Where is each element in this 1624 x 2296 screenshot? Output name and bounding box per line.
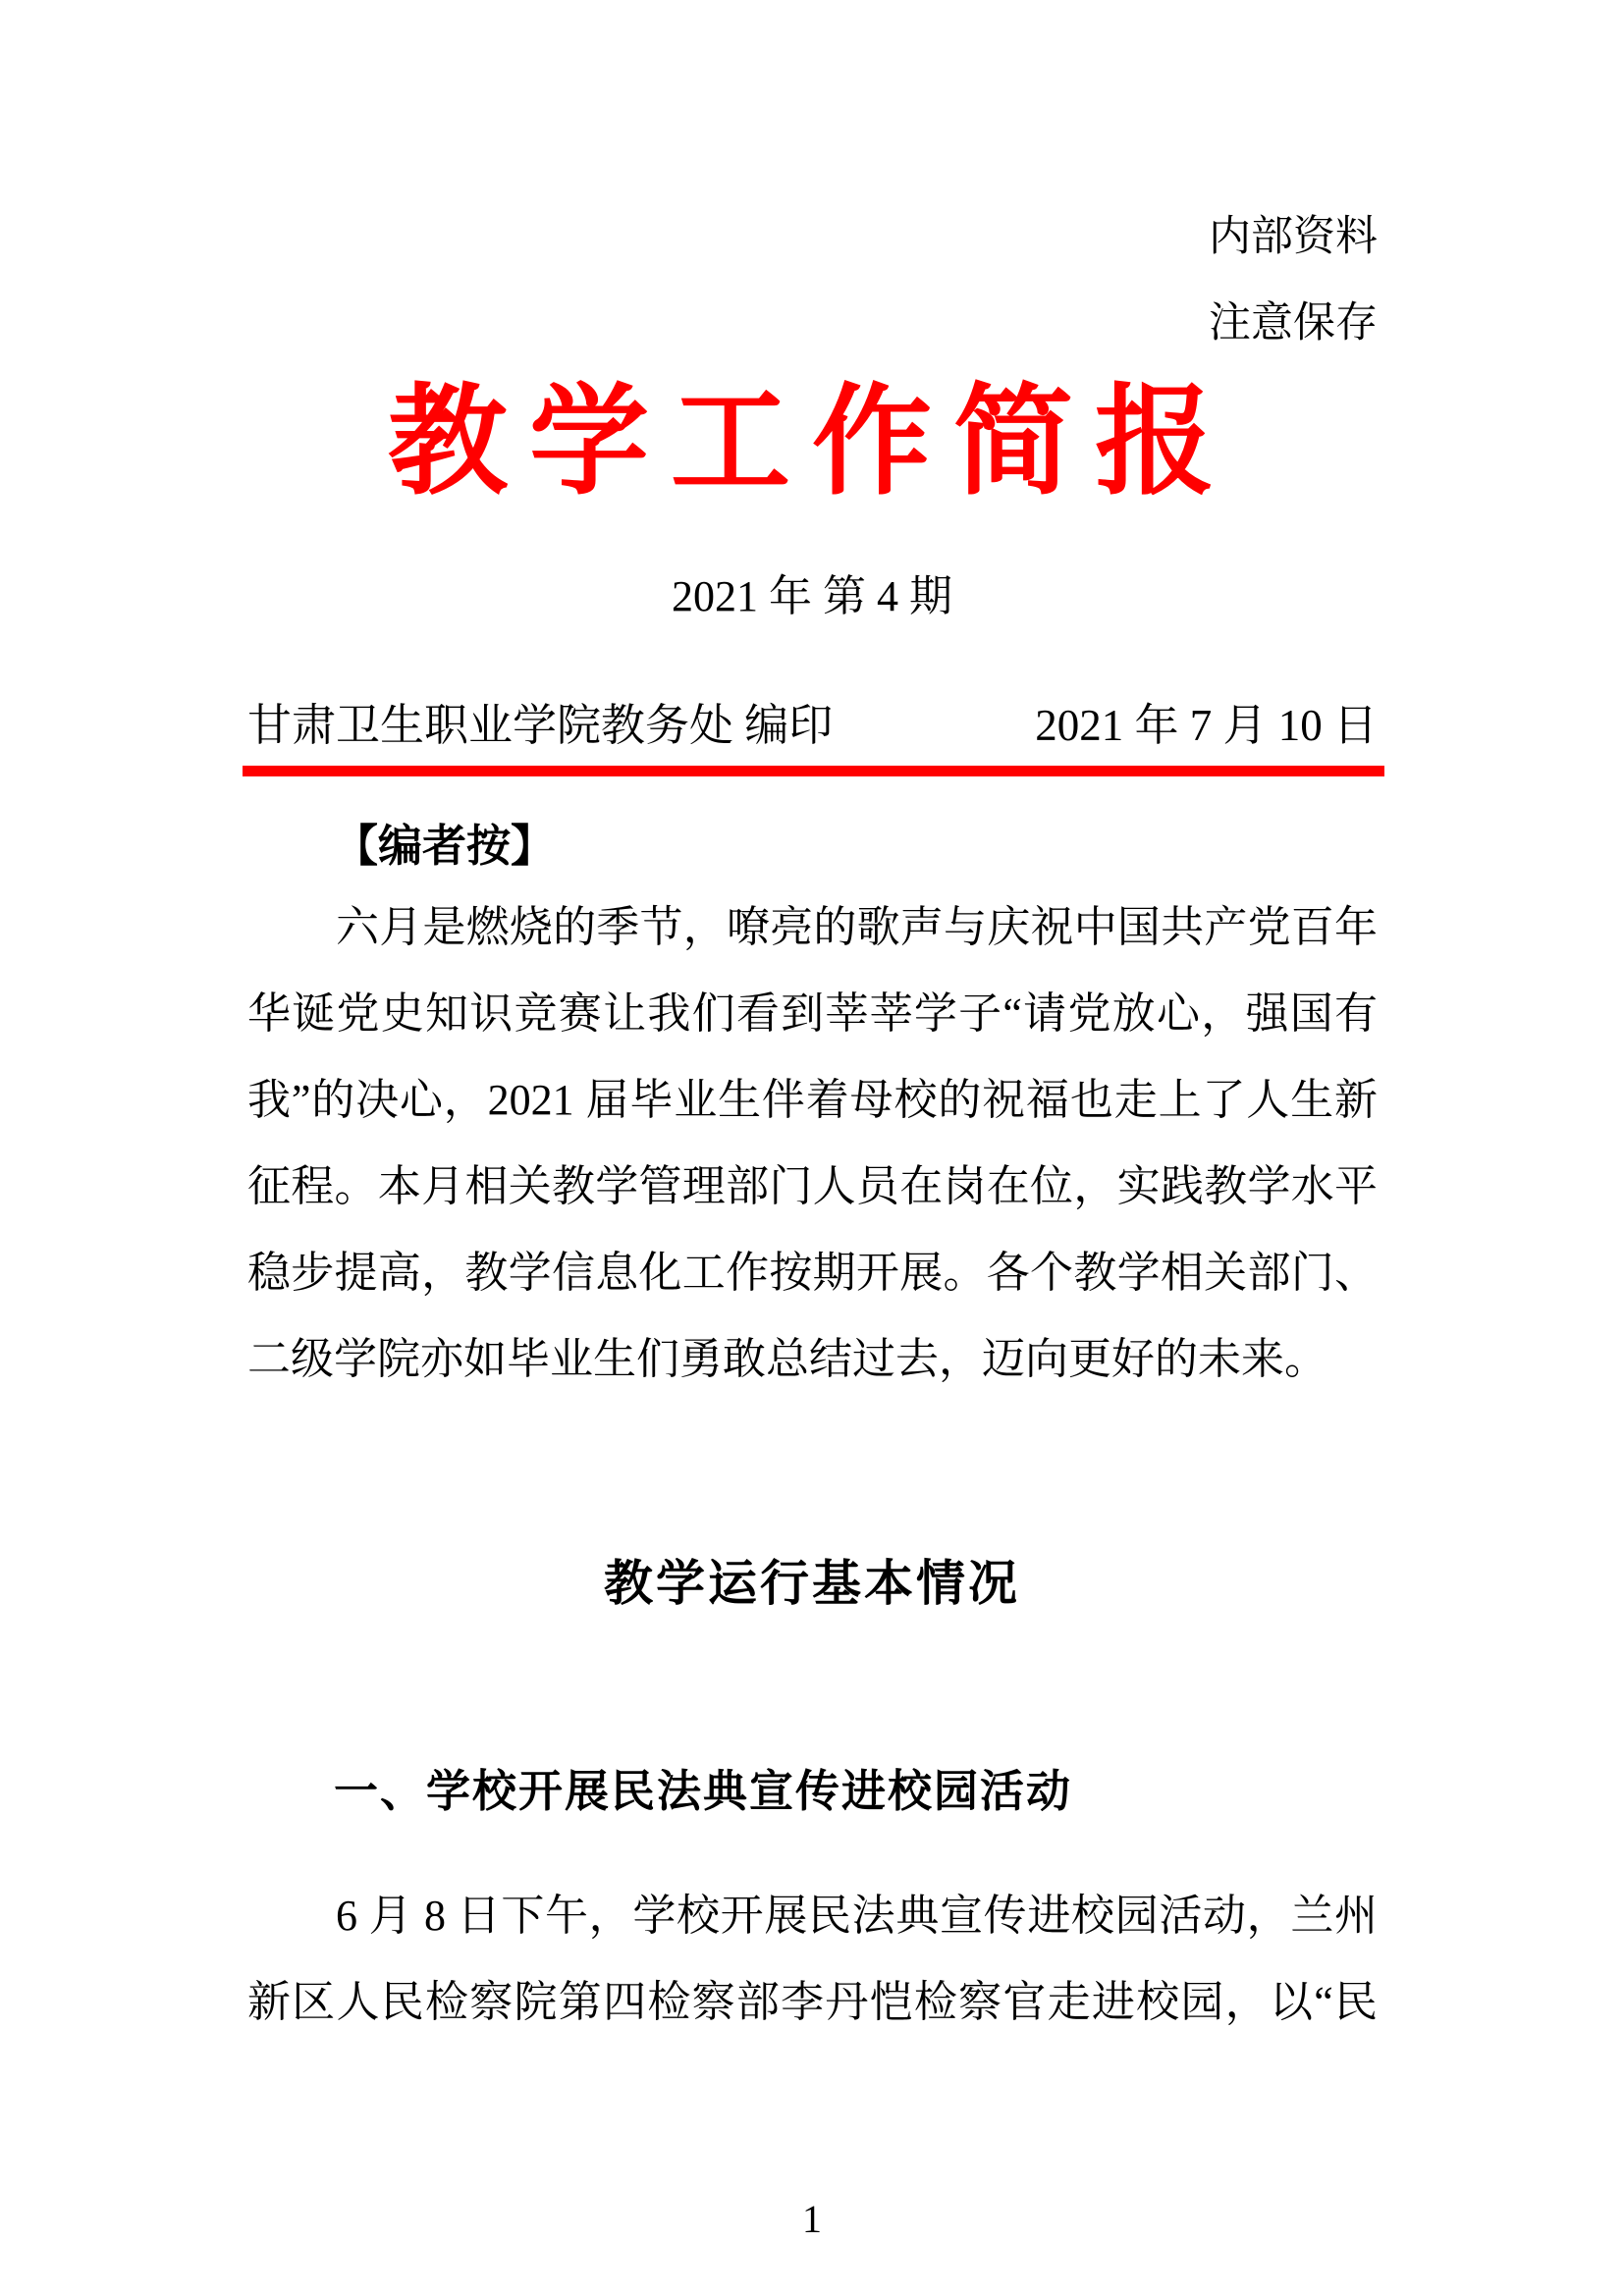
publish-date: 2021 年 7 月 10 日 <box>1035 699 1378 752</box>
masthead-row: 甘肃卫生职业学院教务处 编印 2021 年 7 月 10 日 <box>247 699 1378 752</box>
bulletin-page: 内部资料 注意保存 教学工作简报 2021 年 第 4 期 甘肃卫生职业学院教务… <box>0 0 1624 2296</box>
editor-note-paragraph: 六月是燃烧的季节，嘹亮的歌声与庆祝中国共产党百年 华诞党史知识竞赛让我们看到莘莘… <box>247 884 1378 1403</box>
subsection-paragraph: 6 月 8 日下午，学校开展民法典宣传进校园活动，兰州 新区人民检察院第四检察部… <box>247 1873 1378 2046</box>
paragraph-line: 稳步提高，教学信息化工作按期开展。各个教学相关部门、 <box>247 1230 1378 1316</box>
subsection-heading: 一、学校开展民法典宣传进校园活动 <box>334 1763 1072 1820</box>
editor-note-heading: 【编者按】 <box>334 819 555 874</box>
paragraph-line: 6 月 8 日下午，学校开展民法典宣传进校园活动，兰州 <box>247 1873 1378 1959</box>
paragraph-line: 征程。本月相关教学管理部门人员在岗在位，实践教学水平 <box>247 1144 1378 1230</box>
publisher-text: 甘肃卫生职业学院教务处 编印 <box>247 699 833 752</box>
page-number: 1 <box>0 2197 1624 2242</box>
paragraph-line: 我”的决心，2021 届毕业生伴着母校的祝福也走上了人生新 <box>247 1057 1378 1144</box>
corner-note: 内部资料 注意保存 <box>1209 194 1378 367</box>
paragraph-line: 六月是燃烧的季节，嘹亮的歌声与庆祝中国共产党百年 <box>247 884 1378 971</box>
bulletin-title: 教学工作简报 <box>0 371 1624 516</box>
paragraph-line: 二级学院亦如毕业生们勇敢总结过去，迈向更好的未来。 <box>247 1316 1378 1403</box>
paragraph-line: 华诞党史知识竞赛让我们看到莘莘学子“请党放心，强国有 <box>247 971 1378 1057</box>
paragraph-line: 新区人民检察院第四检察部李丹恺检察官走进校园，以“民 <box>247 1959 1378 2046</box>
corner-note-line-2: 注意保存 <box>1209 281 1378 367</box>
section-title: 教学运行基本情况 <box>0 1553 1624 1614</box>
issue-line: 2021 年 第 4 期 <box>0 571 1624 622</box>
corner-note-line-1: 内部资料 <box>1209 194 1378 281</box>
masthead-red-rule <box>243 766 1384 776</box>
